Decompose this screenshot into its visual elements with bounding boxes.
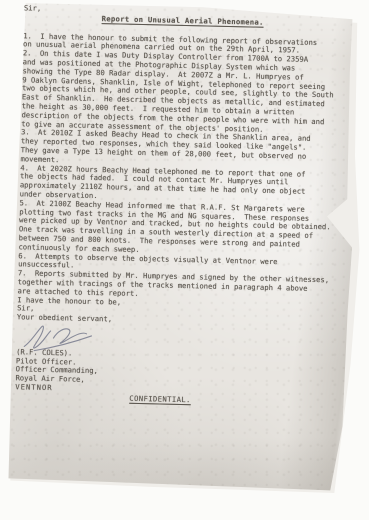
letter-content: Sir, Report on Unusual Aerial Phenomena.…	[15, 4, 342, 408]
scanned-document-photo: Sir, Report on Unusual Aerial Phenomena.…	[0, 0, 369, 520]
paragraph-text: At 2010Z I asked Beachy Head to check in…	[20, 128, 310, 164]
paragraph-text: On this date I was Duty Display Controll…	[21, 49, 333, 133]
paragraph-text: At 2100Z Beachy Head informed me that R.…	[18, 198, 330, 253]
paragraph-text: At 2020Z hours Beachy Head telephoned me…	[20, 163, 306, 200]
paragraph-5: 5.At 2100Z Beachy Head informed me that …	[18, 199, 337, 259]
paragraph-2: 2.On this date I was Duty Display Contro…	[21, 49, 341, 135]
